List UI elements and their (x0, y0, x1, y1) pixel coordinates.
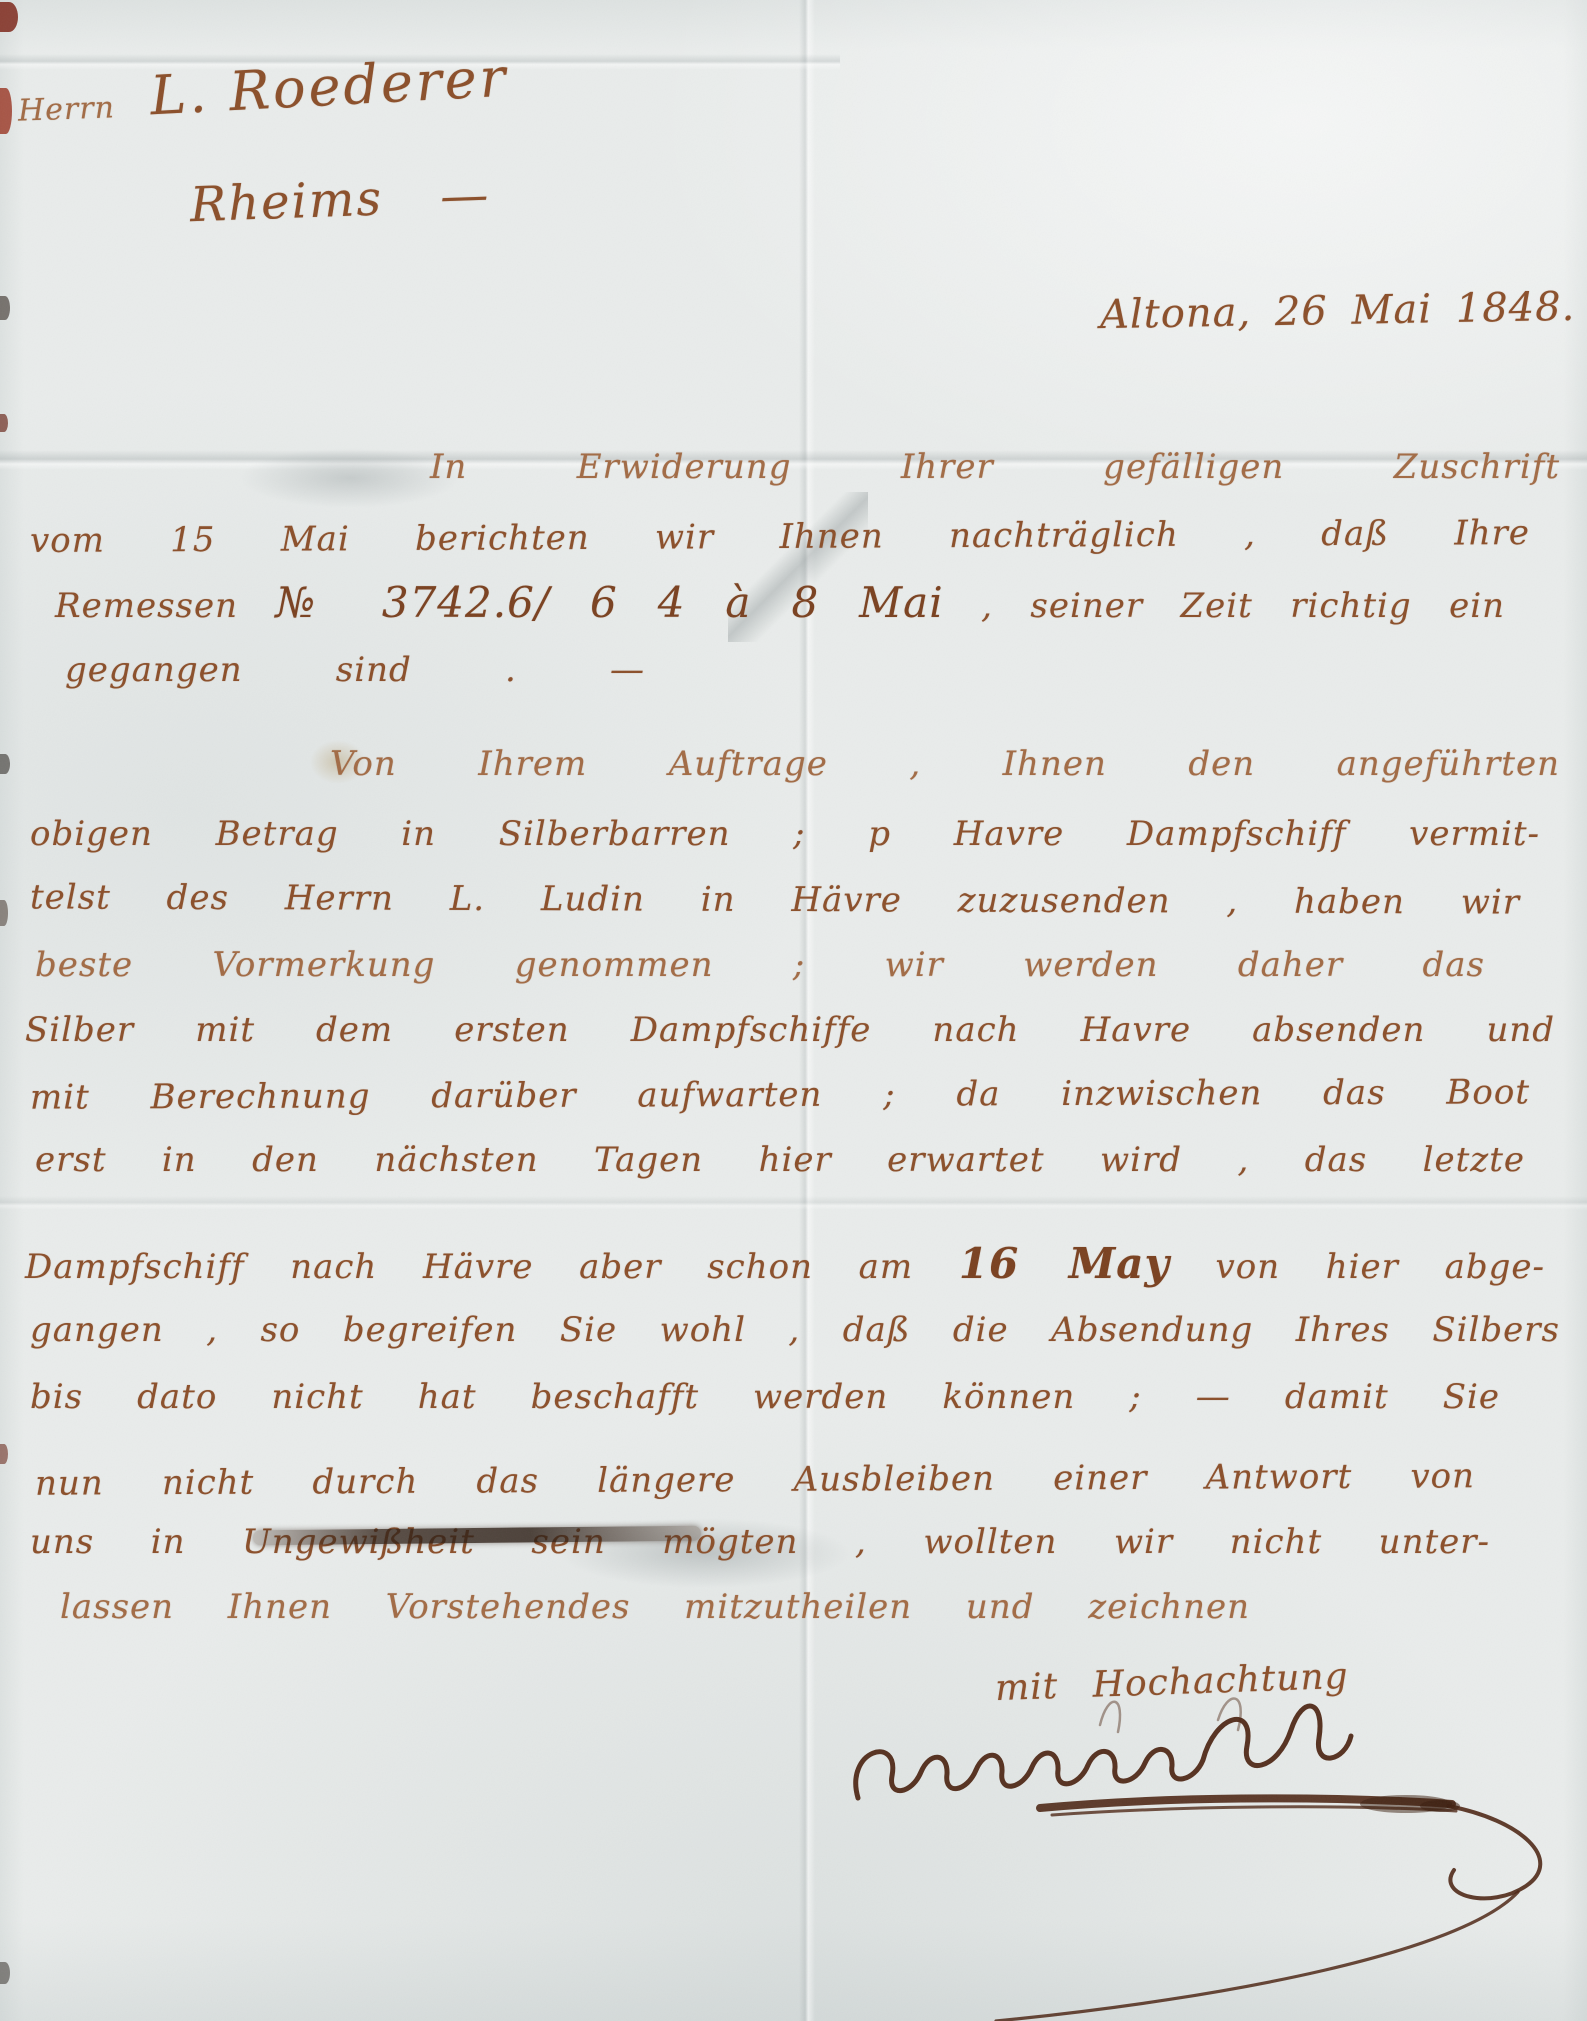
recipient-city: Rheims — (189, 167, 491, 233)
body-line: mit Berechnung darüber aufwarten ; da in… (30, 1066, 1530, 1123)
body-line: In Erwiderung Ihrer gefälligen Zuschrift (430, 441, 1560, 493)
body-line: obigen Betrag in Silberbarren ; p Havre … (30, 808, 1540, 860)
line-text-after: von hier abge- (1216, 1247, 1545, 1287)
paper-crumple (240, 448, 460, 508)
body-line: gegangen sind . — (65, 644, 645, 696)
line-text-before: Remessen (55, 586, 238, 626)
body-line: lassen Ihnen Vorstehendes mitzutheilen u… (60, 1581, 1250, 1633)
recipient-name: L. Roederer (149, 46, 510, 128)
scan-edge-mark (0, 1444, 8, 1464)
body-line: uns in Ungewißheit sein mögten , wollten… (30, 1516, 1490, 1568)
fold-crease-middle (0, 1196, 1587, 1210)
body-line: Silber mit dem ersten Dampfschiffe nach … (25, 1004, 1555, 1056)
signature-flourish (800, 1680, 1587, 2021)
line-text-after: , seiner Zeit richtig ein (981, 586, 1505, 626)
scan-edge-mark (0, 296, 10, 320)
body-line: telst des Herrn L. Ludin in Hävre zuzuse… (30, 871, 1520, 928)
body-line: beste Vormerkung genommen ; wir werden d… (35, 939, 1485, 991)
body-line: Von Ihrem Auftrage , Ihnen den angeführt… (330, 738, 1560, 790)
remittance-reference: № 3742.6/ 6 4 à 8 Mai (275, 578, 943, 627)
scan-edge-mark (0, 88, 12, 134)
body-line: nun nicht durch das längere Ausbleiben e… (35, 1450, 1475, 1510)
scan-edge-mark (0, 754, 10, 774)
recipient-salutation: Herrn (17, 90, 115, 128)
body-line: bis dato nicht hat beschafft werden könn… (30, 1371, 1500, 1423)
line-text-before: Dampfschiff nach Hävre aber schon am (25, 1247, 913, 1287)
dateline: Altona, 26 Mai 1848. (1100, 284, 1576, 338)
scan-edge-mark (0, 2, 18, 32)
body-line: vom 15 Mai berichten wir Ihnen nachträgl… (30, 507, 1530, 567)
letter-scan: Herrn L. Roederer Rheims — Altona, 26 Ma… (0, 0, 1587, 2021)
scan-edge-mark (0, 900, 8, 926)
body-line: Dampfschiff nach Hävre aber schon am 16 … (25, 1238, 1545, 1290)
scan-edge-mark (0, 414, 8, 432)
scan-edge-mark (0, 1962, 10, 1984)
body-line: Remessen № 3742.6/ 6 4 à 8 Mai , seiner … (55, 577, 1505, 629)
body-line: erst in den nächsten Tagen hier erwartet… (35, 1134, 1525, 1186)
body-line: gangen , so begreifen Sie wohl , daß die… (30, 1304, 1560, 1356)
departure-date: 16 May (959, 1239, 1170, 1288)
